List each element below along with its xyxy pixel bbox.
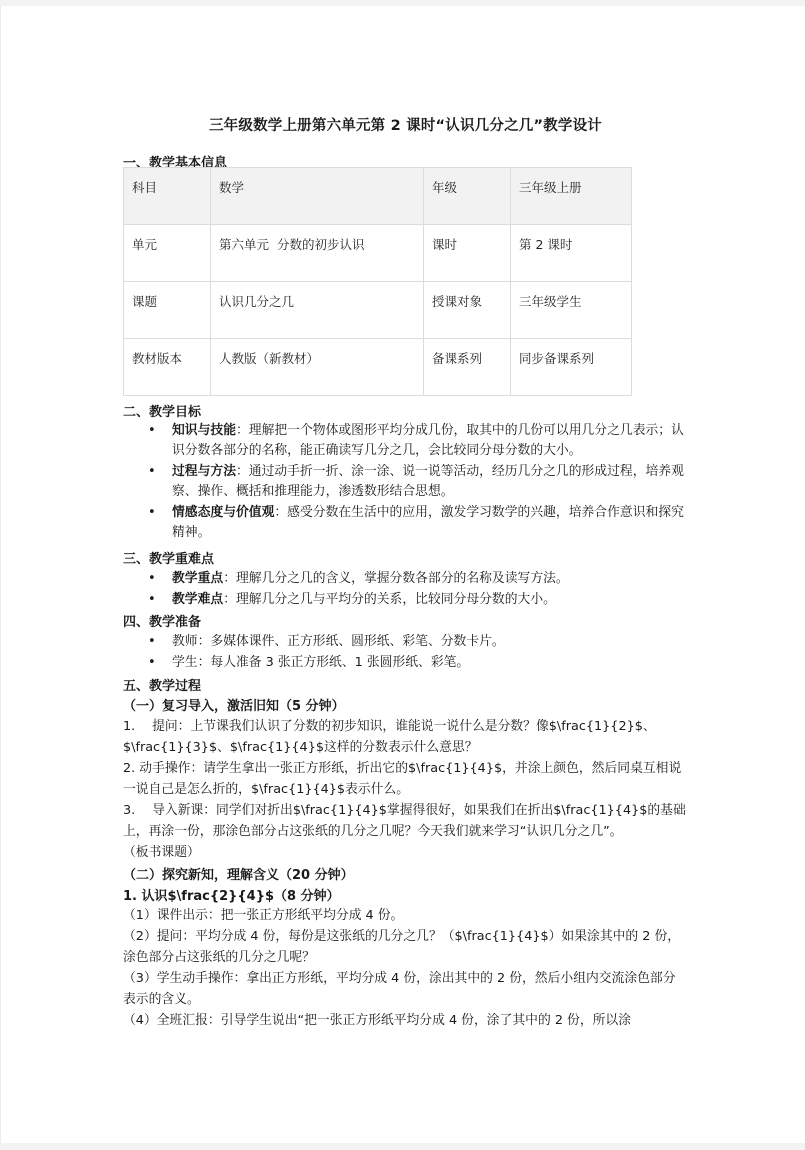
table-cell: 第六单元 分数的初步认识 — [211, 225, 424, 282]
list-item: •过程与方法：通过动手折一折、涂一涂、说一说等活动，经历几分之几的形成过程，培养… — [123, 462, 688, 502]
table-cell: 人教版（新教材） — [211, 339, 424, 396]
section-heading-key-points: 三、教学重难点 — [123, 548, 214, 567]
list-item: •教师：多媒体课件、正方形纸、圆形纸、彩笔、分数卡片。 — [123, 632, 688, 652]
bullet-icon: • — [148, 569, 156, 589]
table-cell: 授课对象 — [424, 282, 511, 339]
key-point-text: ：理解几分之几的含义，掌握分数各部分的名称及读写方法。 — [223, 571, 569, 586]
document-title: 三年级数学上册第六单元第 2 课时“认识几分之几”教学设计 — [123, 114, 688, 135]
objective-label: 过程与方法 — [172, 464, 236, 479]
bullet-icon: • — [148, 632, 156, 652]
bullet-icon: • — [148, 462, 156, 482]
process-paragraph: （4）全班汇报：引导学生说出“把一张正方形纸平均分成 4 份，涂了其中的 2 份… — [123, 1010, 688, 1031]
key-point-text: ：理解几分之几与平均分的关系，比较同分母分数的大小。 — [223, 592, 556, 607]
process-part2-heading: （二）探究新知，理解含义（20 分钟） — [123, 864, 354, 883]
process-paragraph: （3）学生动手操作：拿出正方形纸，平均分成 4 份，涂出其中的 2 份，然后小组… — [123, 968, 688, 1010]
preparation-text: 教师：多媒体课件、正方形纸、圆形纸、彩笔、分数卡片。 — [172, 634, 505, 649]
table-cell: 年级 — [424, 168, 511, 225]
table-cell: 教材版本 — [124, 339, 211, 396]
table-row: 教材版本 人教版（新教材） 备课系列 同步备课系列 — [124, 339, 632, 396]
table-cell: 三年级上册 — [511, 168, 632, 225]
process-paragraph: （1）课件出示：把一张正方形纸平均分成 4 份。 — [123, 905, 688, 926]
document-page: 三年级数学上册第六单元第 2 课时“认识几分之几”教学设计 一、教学基本信息 科… — [0, 6, 805, 1143]
bullet-icon: • — [148, 503, 156, 523]
bullet-icon: • — [148, 653, 156, 673]
table-cell: 备课系列 — [424, 339, 511, 396]
list-item: •教学难点：理解几分之几与平均分的关系，比较同分母分数的大小。 — [123, 590, 688, 610]
process-paragraph: 1. 提问：上节课我们认识了分数的初步知识，谁能说一说什么是分数？像$\frac… — [123, 716, 688, 758]
table-cell: 三年级学生 — [511, 282, 632, 339]
list-item: •学生：每人准备 3 张正方形纸、1 张圆形纸、彩笔。 — [123, 653, 688, 673]
objective-label: 知识与技能 — [172, 423, 236, 438]
process-paragraph: （2）提问：平均分成 4 份，每份是这张纸的几分之几？（$\frac{1}{4}… — [123, 926, 688, 968]
objective-text: ：理解把一个物体或图形平均分成几份，取其中的几份可以用几分之几表示；认识分数各部… — [172, 423, 684, 458]
list-item: •知识与技能：理解把一个物体或图形平均分成几份，取其中的几份可以用几分之几表示；… — [123, 421, 688, 461]
list-item: •情感态度与价值观：感受分数在生活中的应用，激发学习数学的兴趣，培养合作意识和探… — [123, 503, 688, 543]
key-point-label: 教学难点 — [172, 592, 223, 607]
table-cell: 科目 — [124, 168, 211, 225]
objectives-list: •知识与技能：理解把一个物体或图形平均分成几份，取其中的几份可以用几分之几表示；… — [123, 421, 688, 544]
table-cell: 同步备课系列 — [511, 339, 632, 396]
table-cell: 课题 — [124, 282, 211, 339]
bullet-icon: • — [148, 421, 156, 441]
section-heading-objectives: 二、教学目标 — [123, 401, 201, 420]
objective-text: ：通过动手折一折、涂一涂、说一说等活动，经历几分之几的形成过程，培养观察、操作、… — [172, 464, 684, 499]
process-paragraph: 3. 导入新课：同学们对折出$\frac{1}{4}$掌握得很好，如果我们在折出… — [123, 800, 688, 842]
table-cell: 第 2 课时 — [511, 225, 632, 282]
process-paragraph: 2. 动手操作：请学生拿出一张正方形纸，折出它的$\frac{1}{4}$，并涂… — [123, 758, 688, 800]
section-heading-preparation: 四、教学准备 — [123, 611, 201, 630]
table-cell: 认识几分之几 — [211, 282, 424, 339]
list-item: •教学重点：理解几分之几的含义，掌握分数各部分的名称及读写方法。 — [123, 569, 688, 589]
basic-info-table: 科目 数学 年级 三年级上册 单元 第六单元 分数的初步认识 课时 第 2 课时… — [123, 167, 632, 396]
table-row: 科目 数学 年级 三年级上册 — [124, 168, 632, 225]
bullet-icon: • — [148, 590, 156, 610]
objective-label: 情感态度与价值观 — [172, 505, 274, 520]
process-paragraph: （板书课题） — [123, 842, 688, 863]
table-row: 单元 第六单元 分数的初步认识 课时 第 2 课时 — [124, 225, 632, 282]
table-row: 课题 认识几分之几 授课对象 三年级学生 — [124, 282, 632, 339]
preparation-text: 学生：每人准备 3 张正方形纸、1 张圆形纸、彩笔。 — [172, 655, 469, 670]
table-cell: 课时 — [424, 225, 511, 282]
table-cell: 数学 — [211, 168, 424, 225]
process-part1-heading: （一）复习导入，激活旧知（5 分钟） — [123, 695, 345, 714]
key-point-label: 教学重点 — [172, 571, 223, 586]
section-heading-process: 五、教学过程 — [123, 675, 201, 694]
table-cell: 单元 — [124, 225, 211, 282]
preparation-list: •教师：多媒体课件、正方形纸、圆形纸、彩笔、分数卡片。 •学生：每人准备 3 张… — [123, 632, 688, 674]
key-points-list: •教学重点：理解几分之几的含义，掌握分数各部分的名称及读写方法。 •教学难点：理… — [123, 569, 688, 611]
process-sub1-heading: 1. 认识$\frac{2}{4}$（8 分钟） — [123, 885, 340, 904]
